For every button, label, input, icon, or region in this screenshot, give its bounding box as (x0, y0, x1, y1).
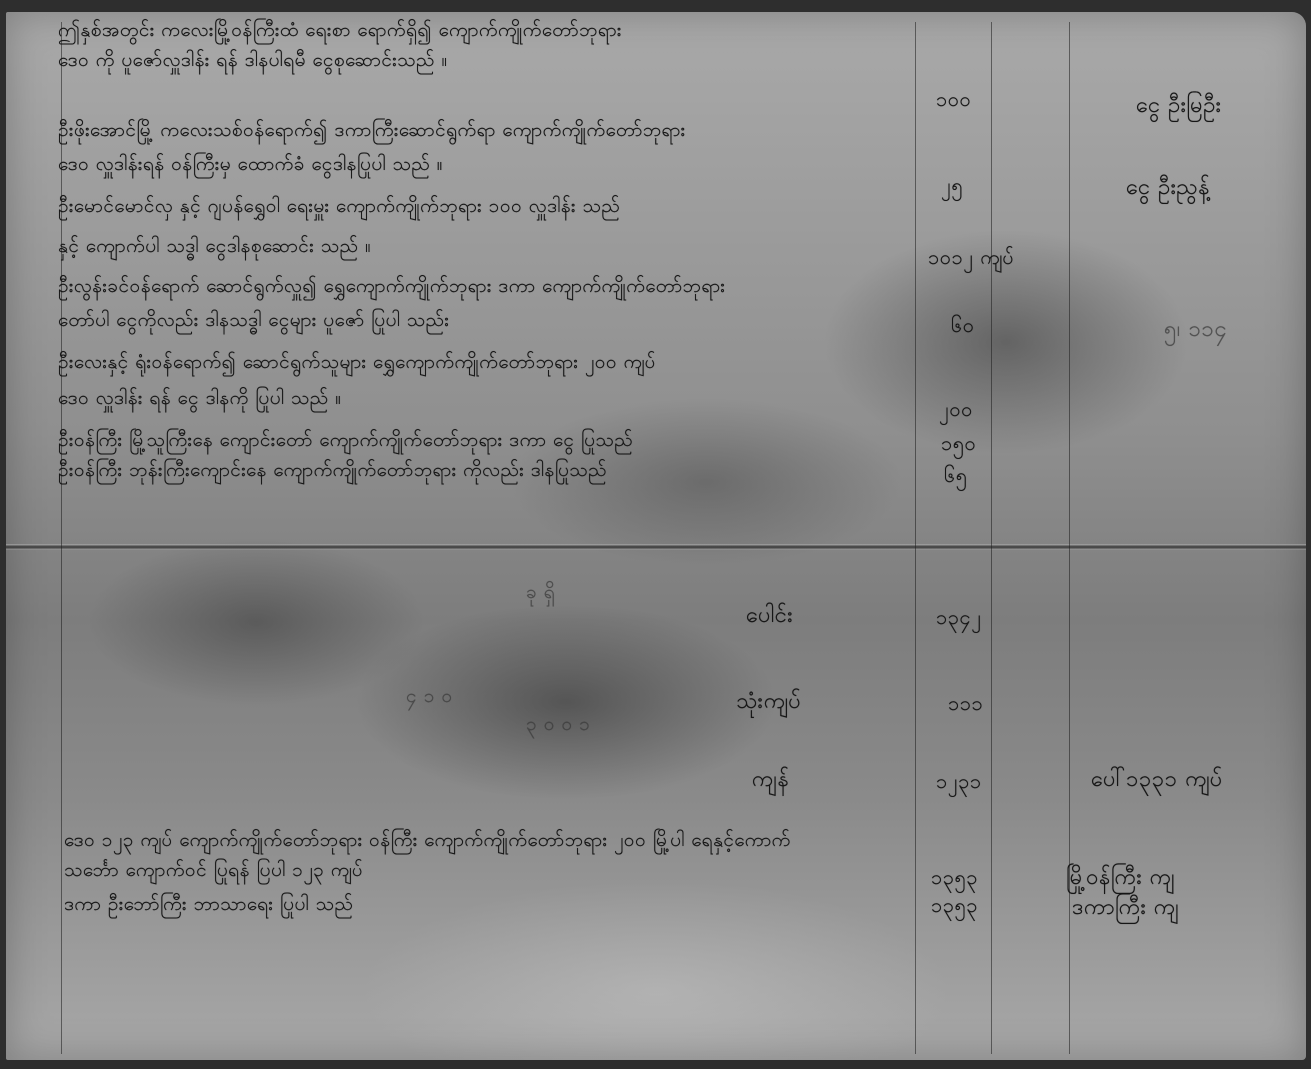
faint-note-3: ၃ ၀ ၀ ၁ (526, 712, 590, 736)
entry-1-amount: ၁၀၀ (936, 86, 971, 116)
entry-1-remark: ငွေ ဦးမြဦး (1136, 90, 1221, 123)
entry-7-line-1: ဦးဝန်ကြီး ဘုန်းကြီးကျောင်းနေ ကျောက်ကျိုက… (58, 458, 607, 482)
entry-2-remark: ငွေ ဦးညွန့် (1126, 172, 1210, 205)
entry-3-line-2: နှင့် ကျောက်ပါ သဒ္ဓါ ငွေဒါနစုဆောင်း သည် … (58, 234, 371, 258)
faint-note-1: ခု ရှိ (526, 580, 555, 604)
left-margin-rule (61, 22, 62, 1054)
entry-5-amount: ၂၀၀ (939, 396, 973, 426)
footer-line-3: ဒကာ ဦးဘော်ကြီး ဘာသာရေး ပြုပါ သည် (64, 892, 353, 916)
amount-column-rule-left (915, 22, 916, 1054)
footer-remark-2: ဒကာကြီး ကျ (1072, 892, 1179, 925)
entry-4-remark: ၅၊ ၁၁၄ (1164, 314, 1227, 347)
remarks-column-rule (1069, 22, 1070, 1054)
manuscript-sheet: ဤနှစ်အတွင်း ကလေးမြို့ဝန်ကြီးထံ ရေးစာ ရော… (6, 12, 1306, 1060)
entry-6-amount: ၁၅၀ (941, 430, 976, 460)
photograph-background: ဤနှစ်အတွင်း ကလေးမြို့ဝန်ကြီးထံ ရေးစာ ရော… (0, 0, 1311, 1069)
footer-amount-1: ၁၃၅၃ (931, 864, 978, 894)
summary-total-amount: ၁၃၄၂ (936, 604, 982, 634)
summary-total-label: ပေါင်း (746, 600, 793, 633)
entry-5-line-1: ဦးလေးနှင့် ရုံးဝန်ရောက်၍ ဆောင်ရွက်သူများ… (58, 350, 656, 374)
entry-2-line-2: ဒေဝ လှူဒါန်းရန် ဝန်ကြီးမှ ထောက်ခံ ငွေဒါန… (58, 152, 443, 176)
entry-3-line-1: ဦးမောင်မောင်လှ နှင့် ဂျပန်ရွှေဝါ ရေးမှူး… (58, 194, 620, 218)
amount-column-rule-right (991, 22, 992, 1054)
summary-balance-remark: ပေါ်၁၃၃၁ ကျပ် (1091, 764, 1222, 797)
summary-balance-amount: ၁၂၃၁ (936, 768, 982, 798)
paper-fold-crease (6, 544, 1306, 550)
entry-4-line-1: ဦးလွန်းခင်ဝန်ရောက် ဆောင်ရွက်လှူ၍ ရွှေကျေ… (58, 274, 725, 298)
entry-4-line-2: တော်ပါ ငွေကိုလည်း ဒါနသဒ္ဓါ ငွေများ ပူဇော… (58, 308, 449, 332)
entry-1-line-1: ဤနှစ်အတွင်း ကလေးမြို့ဝန်ကြီးထံ ရေးစာ ရော… (58, 18, 622, 42)
summary-balance-label: ကျန် (752, 764, 789, 797)
footer-amount-2: ၁၃၅၃ (931, 892, 978, 922)
footer-remark-1: မြို့ဝန်ကြီး ကျ (1066, 862, 1175, 895)
entry-2-line-1: ဦးဖိုးအောင်မြို့ ကလေးသစ်ဝန်ရောက်၍ ဒကာကြီ… (58, 118, 686, 142)
faint-note-2: ၄ ၁ ၀ (406, 684, 453, 708)
summary-spent-amount: ၁၁၁ (948, 690, 983, 720)
entry-3-amount: ၁၀၁၂ ကျပ် (928, 244, 1014, 274)
footer-line-1: ဒေဝ ၁၂၃ ကျပ် ကျောက်ကျိုက်တော်ဘုရား ဝန်ကြ… (64, 828, 791, 852)
entry-4-amount: ၆၀ (951, 312, 975, 342)
summary-spent-label: သုံးကျပ် (736, 686, 801, 719)
entry-6-line-1: ဦးဝန်ကြီး မြို့သူကြီးနေ ကျောင်းတော် ကျော… (58, 428, 633, 452)
entry-7-amount: ၆၅ (944, 462, 968, 492)
entry-1-line-2: ဒေဝ ကို ပူဇော်လှူဒါန်း ရန် ဒါနပါရမီ ငွေစ… (58, 48, 448, 72)
entry-2-amount: ၂၅ (941, 172, 963, 202)
entry-5-line-2: ဒေဝ လှူဒါန်း ရန် ငွေ ဒါနကို ပြုပါ သည် ။ (58, 386, 341, 410)
footer-line-2: သင်္ဘော ကျောက်ဝင် ပြုရန် ပြပါ ၁၂၃ ကျပ် (64, 858, 363, 882)
